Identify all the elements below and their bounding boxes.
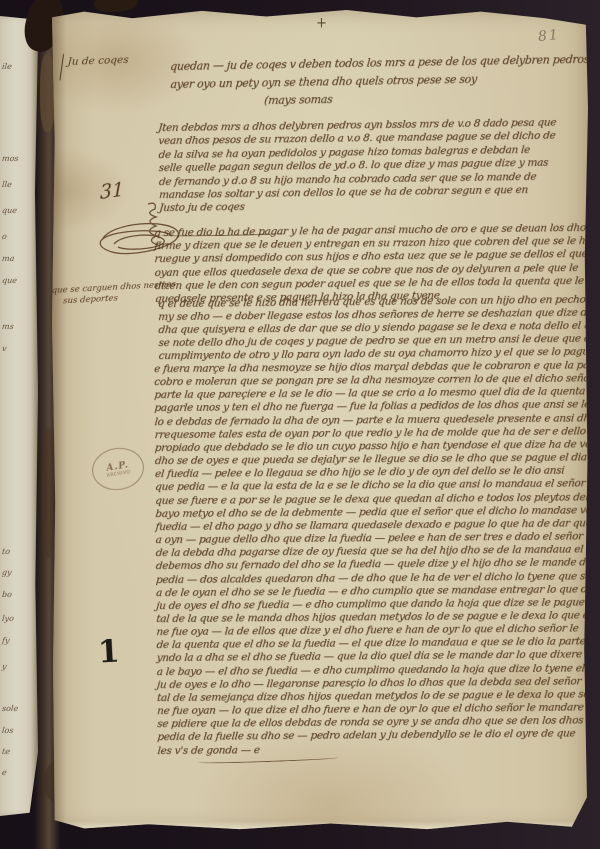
previous-page-text-fragment: o (2, 232, 8, 241)
previous-page-text-fragment: ile (2, 62, 13, 71)
manuscript-block: quedan — ju de coqes v deben todos los m… (170, 51, 588, 93)
manuscript-block: e fuera marçe la dha nesmoyze se hijo di… (154, 359, 588, 758)
previous-page-text-fragment: te (2, 747, 11, 756)
previous-page-text-fragment: los (2, 726, 14, 735)
previous-page-text-fragment: que (2, 206, 18, 215)
folio-number: 81 (537, 27, 560, 45)
previous-page-sliver: ilemosllequeomaquemsvtogybolyofyysolelos… (0, 16, 38, 816)
previous-page-text-fragment: fy (2, 636, 10, 645)
previous-page-text-fragment: que (2, 276, 18, 285)
margin-note-heading: Ju de coqes (67, 54, 129, 68)
previous-page-text-fragment: bo (2, 590, 13, 599)
previous-page-text-fragment: ms (2, 322, 15, 331)
manuscript-page: + 81 Ju de coqes 31 que se carguen dhos … (52, 10, 588, 830)
manuscript-block: Jten debdos mrs a dhos delybren pedros a… (158, 116, 557, 215)
manuscript-block: (mays somas (264, 93, 332, 108)
previous-page-text-fragment: e (2, 768, 8, 777)
archive-stamp: A.P. ARCHIVO (89, 444, 147, 494)
lot-number-stamp: 1 (97, 633, 120, 670)
cross-registration-mark: + (316, 15, 327, 32)
previous-page-text-fragment: y (2, 662, 7, 671)
manuscript-line: (mays somas (264, 93, 333, 108)
binding-tear (93, 0, 138, 14)
manuscript-block: q el deue que se le hizo dha herrera que… (158, 293, 588, 362)
previous-page-text-fragment: gy (2, 568, 13, 577)
previous-page-text-fragment: lle (2, 180, 13, 189)
previous-page-text-fragment: to (2, 547, 11, 556)
binding-tear (42, 428, 55, 558)
previous-page-text-fragment: sole (2, 704, 19, 713)
previous-page-text-fragment: v (2, 344, 7, 353)
previous-page-text-fragment: mos (2, 154, 19, 163)
previous-page-text-fragment: ma (2, 254, 15, 263)
binding-tear (40, 54, 55, 132)
previous-page-text-fragment: lyo (2, 614, 15, 623)
